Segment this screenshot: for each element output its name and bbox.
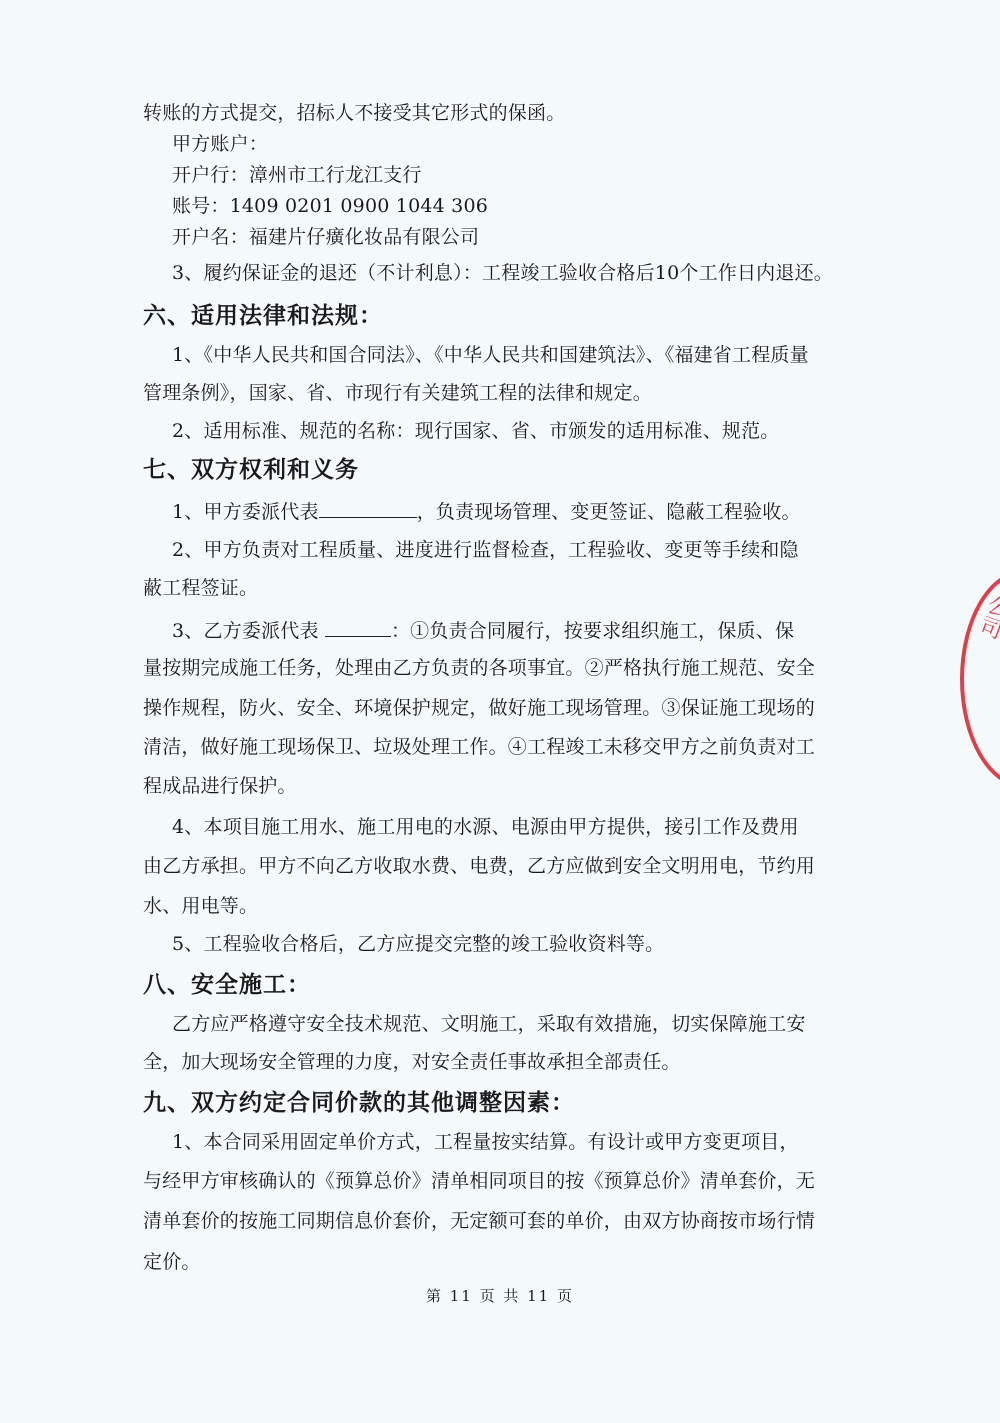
clause-text: 1、甲方委派代表 (172, 501, 319, 523)
text-line: 转账的方式提交，招标人不接受其它形式的保函。 (143, 101, 863, 125)
clause-text: ：①负责合同履行，按要求组织施工，保质、保 (391, 620, 794, 642)
text-line: 操作规程，防火、安全、环境保护规定，做好施工现场管理。③保证施工现场的 (143, 696, 863, 720)
account-label: 甲方账户： (172, 132, 892, 156)
text-line: 1、本合同采用固定单价方式，工程量按实结算。有设计或甲方变更项目， (172, 1130, 892, 1154)
text-line: 4、本项目施工用水、施工用电的水源、电源由甲方提供，接引工作及费用 (172, 815, 892, 839)
text-line: 清单套价的按施工同期信息价套价，无定额可套的单价，由双方协商按市场行情 (143, 1209, 863, 1233)
text-line: 清洁，做好施工现场保卫、垃圾处理工作。④工程竣工未移交甲方之前负责对工 (143, 735, 863, 759)
seal-text: 公司 (973, 591, 1000, 641)
page-number: 第 11 页 共 11 页 (0, 1286, 1000, 1306)
text-line: 水、用电等。 (143, 894, 863, 918)
party-b-representative-blank (325, 618, 391, 637)
party-a-representative-blank (319, 499, 417, 518)
text-line: 管理条例》，国家、省、市现行有关建筑工程的法律和规定。 (143, 381, 863, 405)
text-line: 乙方应严格遵守安全技术规范、文明施工，采取有效措施，切实保障施工安 (172, 1012, 892, 1036)
section-heading-laws: 六、适用法律和法规： (143, 302, 383, 330)
section-heading-rights: 七、双方权利和义务 (143, 456, 359, 484)
text-line: 由乙方承担。甲方不向乙方收取水费、电费，乙方应做到安全文明用电，节约用 (143, 854, 863, 878)
text-line: 蔽工程签证。 (143, 576, 863, 600)
deposit-refund-clause: 3、履约保证金的退还（不计利息）：工程竣工验收合格后10个工作日内退还。 (172, 261, 892, 285)
bank-name: 开户行：漳州市工行龙江支行 (172, 163, 892, 187)
clause-text: ，负责现场管理、变更签证、隐蔽工程验收。 (417, 501, 801, 523)
company-seal-stamp: 公司 (960, 570, 1000, 788)
text-line: 2、甲方负责对工程质量、进度进行监督检查，工程验收、变更等手续和隐 (172, 538, 892, 562)
section-heading-safety: 八、安全施工： (143, 971, 311, 999)
text-line: 1、《中华人民共和国合同法》、《中华人民共和国建筑法》、《福建省工程质量 (172, 343, 892, 367)
text-line: 量按期完成施工任务，处理由乙方负责的各项事宜。②严格执行施工规范、安全 (143, 656, 863, 680)
text-line: 定价。 (143, 1250, 863, 1274)
text-line: 1、甲方委派代表，负责现场管理、变更签证、隐蔽工程验收。 (172, 499, 892, 524)
account-holder: 开户名：福建片仔癀化妆品有限公司 (172, 225, 892, 249)
text-line: 全，加大现场安全管理的力度，对安全责任事故承担全部责任。 (143, 1050, 863, 1074)
text-line: 5、工程验收合格后，乙方应提交完整的竣工验收资料等。 (172, 932, 892, 956)
text-line: 与经甲方审核确认的《预算总价》清单相同项目的按《预算总价》清单套价，无 (143, 1169, 863, 1193)
text-line: 2、适用标准、规范的名称：现行国家、省、市颁发的适用标准、规范。 (172, 419, 892, 443)
section-heading-price-adjustment: 九、双方约定合同价款的其他调整因素： (143, 1089, 575, 1117)
account-number: 账号：1409 0201 0900 1044 306 (172, 194, 892, 218)
document-page: 转账的方式提交，招标人不接受其它形式的保函。 甲方账户： 开户行：漳州市工行龙江… (0, 0, 1000, 1423)
text-line: 程成品进行保护。 (143, 774, 863, 798)
text-line: 3、乙方委派代表 ：①负责合同履行，按要求组织施工，保质、保 (172, 618, 892, 643)
clause-text: 3、乙方委派代表 (172, 620, 325, 642)
